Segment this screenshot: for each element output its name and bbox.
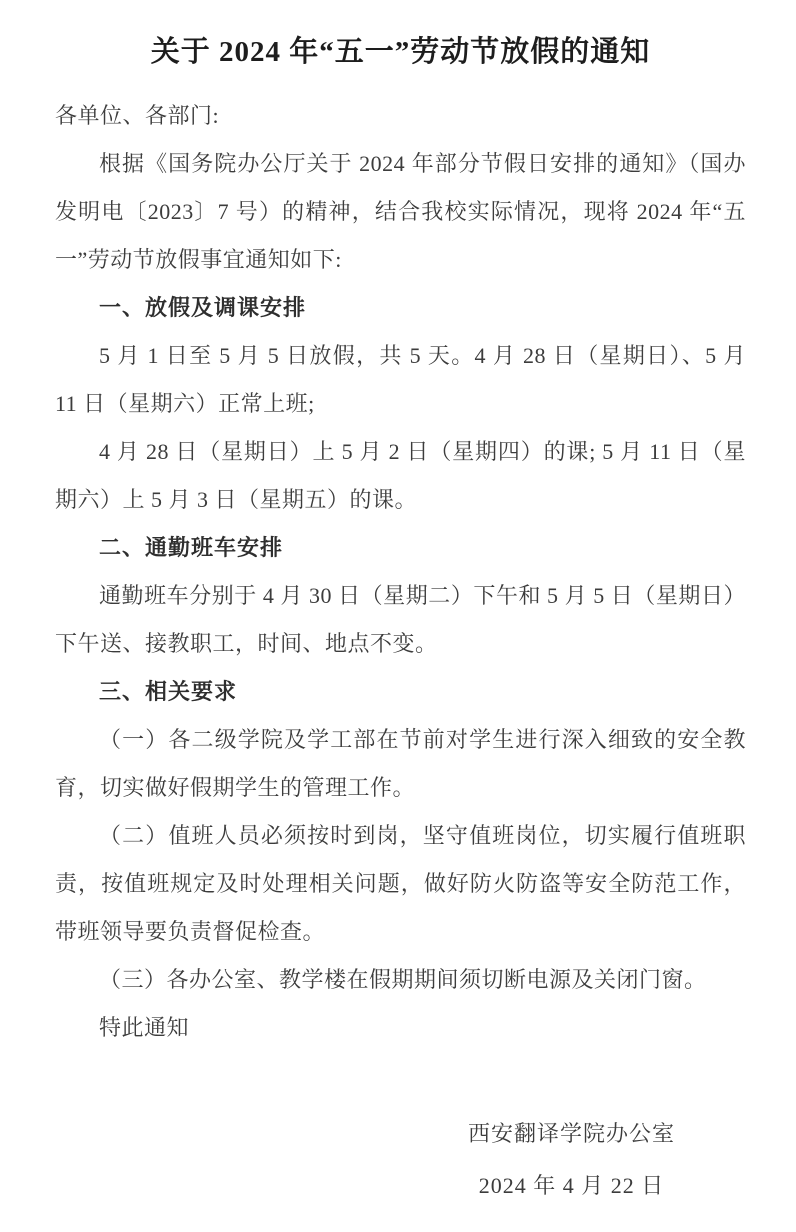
section-3-paragraph-3: （三）各办公室、教学楼在假期期间须切断电源及关闭门窗。 <box>55 956 746 1004</box>
signature-block: 西安翻译学院办公室 2024 年 4 月 22 日 <box>468 1108 675 1212</box>
section-1-paragraph-1: 5 月 1 日至 5 月 5 日放假，共 5 天。4 月 28 日（星期日）、5… <box>55 332 746 428</box>
section-3-heading: 三、相关要求 <box>55 668 746 716</box>
closing-line: 特此通知 <box>55 1004 746 1052</box>
notice-document: 关于 2024 年“五一”劳动节放假的通知 各单位、各部门: 根据《国务院办公厅… <box>0 0 796 1232</box>
intro-paragraph: 根据《国务院办公厅关于 2024 年部分节假日安排的通知》（国办发明电〔2023… <box>55 140 746 284</box>
signature-org: 西安翻译学院办公室 <box>468 1108 675 1160</box>
section-1-paragraph-2: 4 月 28 日（星期日）上 5 月 2 日（星期四）的课; 5 月 11 日（… <box>55 428 746 524</box>
section-1-heading: 一、放假及调课安排 <box>55 284 746 332</box>
notice-title: 关于 2024 年“五一”劳动节放假的通知 <box>55 30 746 74</box>
signature-date: 2024 年 4 月 22 日 <box>468 1160 675 1212</box>
salutation: 各单位、各部门: <box>55 92 746 140</box>
section-3-paragraph-2: （二）值班人员必须按时到岗，坚守值班岗位，切实履行值班职责，按值班规定及时处理相… <box>55 812 746 956</box>
section-2-paragraph-1: 通勤班车分别于 4 月 30 日（星期二）下午和 5 月 5 日（星期日）下午送… <box>55 572 746 668</box>
section-2-heading: 二、通勤班车安排 <box>55 524 746 572</box>
section-3-paragraph-1: （一）各二级学院及学工部在节前对学生进行深入细致的安全教育，切实做好假期学生的管… <box>55 716 746 812</box>
